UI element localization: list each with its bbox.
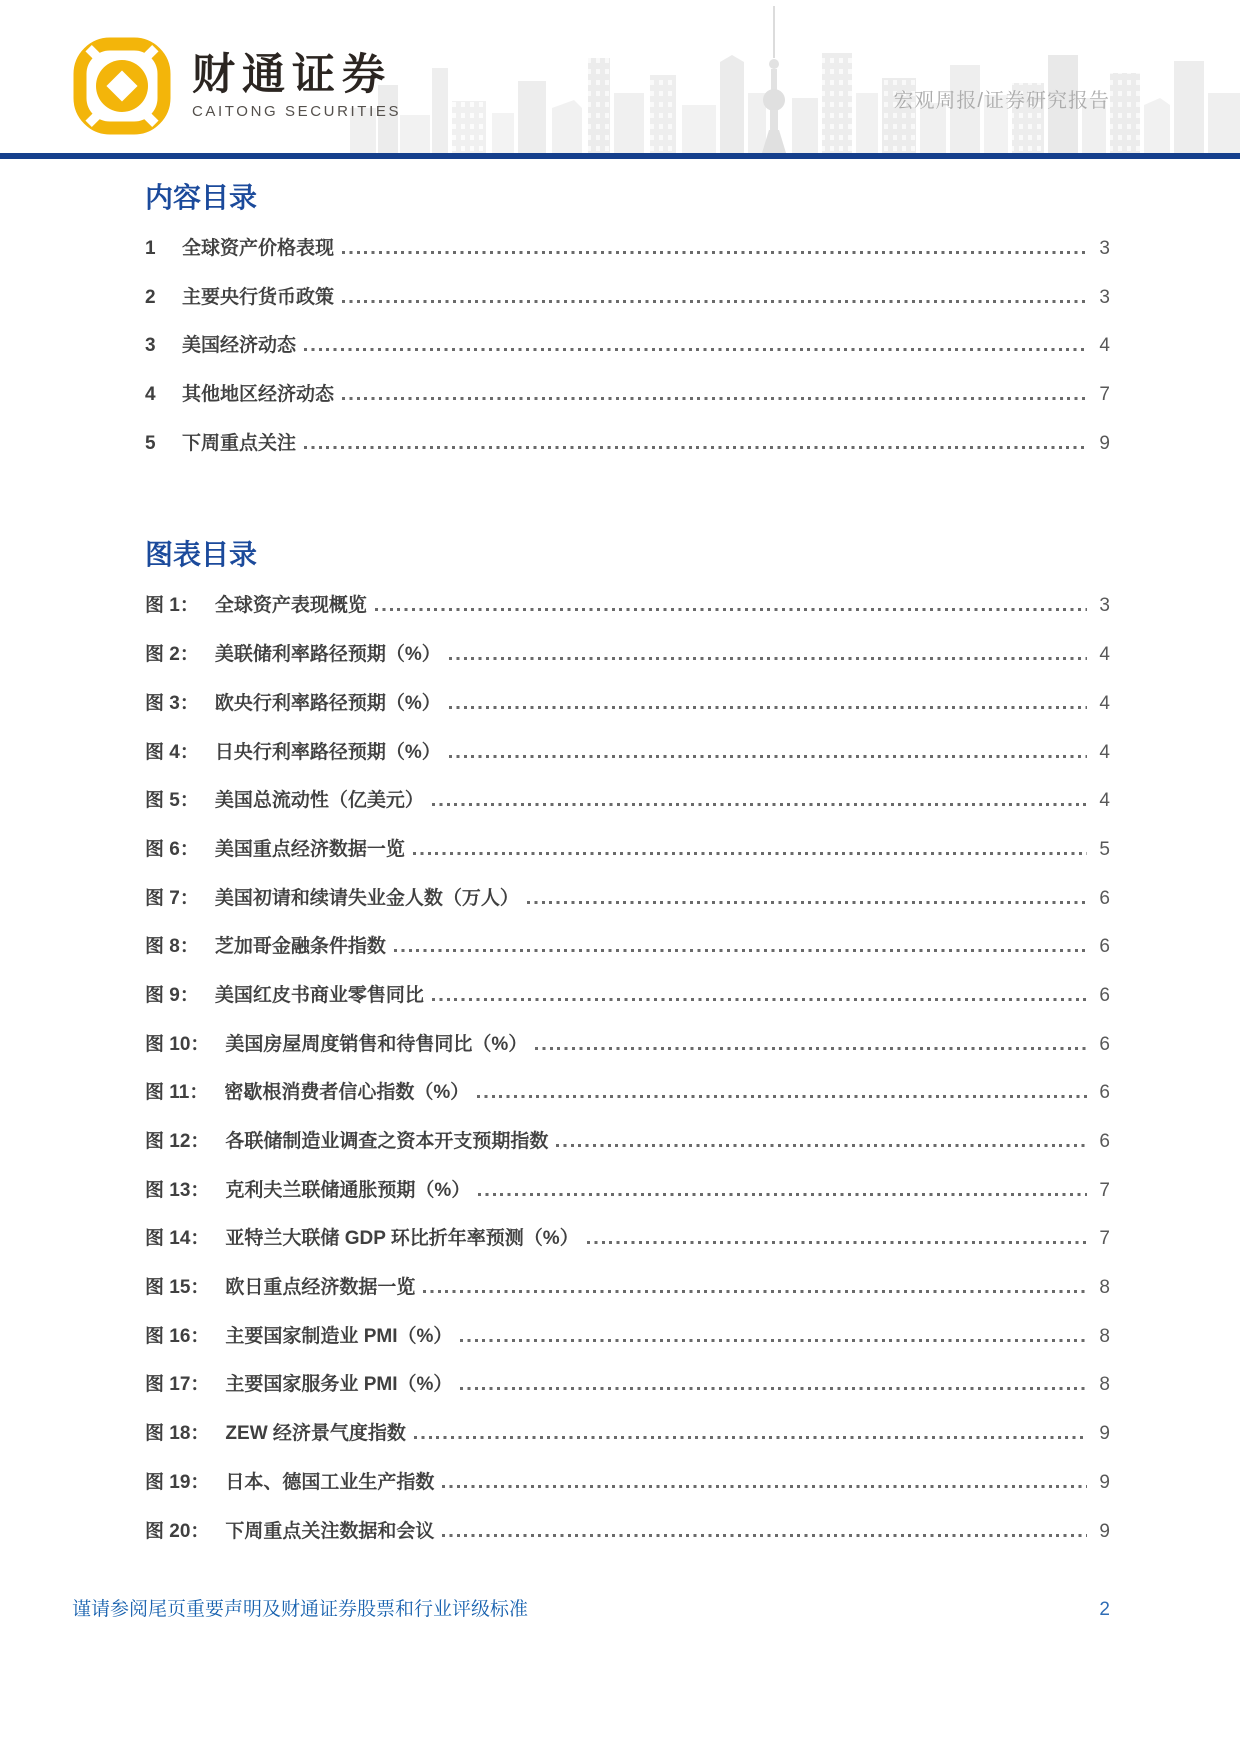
company-logo: 财通证券 CAITONG SECURITIES [72,36,401,136]
figure-entry[interactable]: 图 7： 美国初请和续请失业金人数（万人） 6 [145,875,1110,924]
figure-entry-page: 6 [1094,923,1110,972]
figure-entry-page: 4 [1094,729,1110,778]
figure-entry-page: 4 [1094,631,1110,680]
figure-entry-page: 4 [1094,680,1110,729]
figure-entry-label: 图 19： [145,1459,209,1508]
dotted-leader [442,1534,1087,1537]
figure-entry-label: 图 11： [145,1069,208,1118]
figure-entry-title: ZEW 经济景气度指数 [225,1410,406,1459]
dotted-leader [413,852,1087,855]
toc-entry-page: 7 [1094,371,1110,420]
figure-entry-title: 欧日重点经济数据一览 [225,1264,415,1313]
figure-entry[interactable]: 图 9： 美国红皮书商业零售同比 6 [145,972,1110,1021]
dotted-leader [342,251,1087,254]
figure-entry-page: 6 [1094,1118,1110,1167]
figure-entry-title: 美国总流动性（亿美元） [215,777,424,826]
dotted-leader [442,1485,1087,1488]
figure-entry-title: 日央行利率路径预期（%） [215,729,441,778]
figure-entry[interactable]: 图 12： 各联储制造业调查之资本开支预期指数 6 [145,1118,1110,1167]
figure-entry-label: 图 10： [145,1021,209,1070]
figure-entry[interactable]: 图 4： 日央行利率路径预期（%） 4 [145,729,1110,778]
figure-entry-label: 图 4： [145,729,199,778]
figure-entry-title: 全球资产表现概览 [215,582,367,631]
figure-entry-page: 9 [1094,1508,1110,1557]
dotted-leader [432,803,1087,806]
figure-entry-label: 图 2： [145,631,199,680]
dotted-leader [527,901,1087,904]
report-type-label: 宏观周报/证券研究报告 [893,84,1110,113]
dotted-leader [432,998,1087,1001]
figure-entry-label: 图 17： [145,1361,209,1410]
figure-entry-page: 6 [1094,875,1110,924]
figure-entry-title: 下周重点关注数据和会议 [225,1508,434,1557]
figure-entry-label: 图 1： [145,582,199,631]
dotted-leader [477,1095,1087,1098]
dotted-leader [460,1339,1087,1342]
figures-section-title: 图表目录 [145,540,1110,570]
figure-entry-page: 5 [1094,826,1110,875]
figure-entry[interactable]: 图 8： 芝加哥金融条件指数 6 [145,923,1110,972]
figure-entry-page: 8 [1094,1264,1110,1313]
figure-entry-title: 主要国家服务业 PMI（%） [225,1361,452,1410]
figure-entry-label: 图 8： [145,923,199,972]
figure-entry-title: 美国红皮书商业零售同比 [215,972,424,1021]
figure-entry[interactable]: 图 15： 欧日重点经济数据一览 8 [145,1264,1110,1313]
figure-entry-page: 7 [1094,1167,1110,1216]
figure-entry-page: 8 [1094,1361,1110,1410]
figure-entry[interactable]: 图 13： 克利夫兰联储通胀预期（%） 7 [145,1167,1110,1216]
coin-logo-icon [72,36,172,136]
toc-entry-number: 1 [145,225,182,274]
toc-list: 1 全球资产价格表现 3 2 主要央行货币政策 3 3 美国经济动态 4 4 其… [145,225,1110,468]
toc-entry[interactable]: 2 主要央行货币政策 3 [145,274,1110,323]
figure-entry[interactable]: 图 16： 主要国家制造业 PMI（%） 8 [145,1313,1110,1362]
toc-entry-number: 2 [145,274,182,323]
figure-entry-label: 图 6： [145,826,199,875]
figure-entry[interactable]: 图 19： 日本、德国工业生产指数 9 [145,1459,1110,1508]
figure-entry-label: 图 5： [145,777,199,826]
dotted-leader [375,608,1087,611]
toc-entry-number: 3 [145,322,182,371]
toc-entry-page: 9 [1094,420,1110,469]
dotted-leader [449,755,1087,758]
figure-entry[interactable]: 图 5： 美国总流动性（亿美元） 4 [145,777,1110,826]
figure-entry[interactable]: 图 20： 下周重点关注数据和会议 9 [145,1508,1110,1557]
page-footer: 谨请参阅尾页重要声明及财通证券股票和行业评级标准 2 [72,1594,1110,1621]
figure-entry-title: 芝加哥金融条件指数 [215,923,386,972]
figure-entry-title: 美国初请和续请失业金人数（万人） [215,875,519,924]
figure-entry-title: 密歇根消费者信心指数（%） [224,1069,469,1118]
figure-entry-title: 美国重点经济数据一览 [215,826,405,875]
toc-entry[interactable]: 4 其他地区经济动态 7 [145,371,1110,420]
dotted-leader [587,1241,1087,1244]
dotted-leader [449,657,1087,660]
dotted-leader [394,949,1087,952]
figure-entry-label: 图 18： [145,1410,209,1459]
figure-entry-page: 3 [1094,582,1110,631]
dotted-leader [304,446,1087,449]
toc-entry-title: 其他地区经济动态 [182,371,334,420]
figure-entry-label: 图 7： [145,875,199,924]
figure-entry-label: 图 15： [145,1264,209,1313]
figure-entry-label: 图 20： [145,1508,209,1557]
dotted-leader [449,706,1087,709]
footer-page-number: 2 [1099,1599,1110,1621]
figure-entry-label: 图 12： [145,1118,209,1167]
dotted-leader [414,1436,1087,1439]
figure-entry[interactable]: 图 17： 主要国家服务业 PMI（%） 8 [145,1361,1110,1410]
figure-entry-page: 4 [1094,777,1110,826]
dotted-leader [342,397,1087,400]
figure-entry[interactable]: 图 11： 密歇根消费者信心指数（%） 6 [145,1069,1110,1118]
figure-entry[interactable]: 图 14： 亚特兰大联储 GDP 环比折年率预测（%） 7 [145,1215,1110,1264]
figure-entry-page: 6 [1094,1069,1110,1118]
footer-disclaimer: 谨请参阅尾页重要声明及财通证券股票和行业评级标准 [72,1594,528,1621]
toc-entry-page: 3 [1094,225,1110,274]
figure-entry-title: 亚特兰大联储 GDP 环比折年率预测（%） [225,1215,578,1264]
toc-entry-title: 下周重点关注 [182,420,296,469]
toc-entry-title: 美国经济动态 [182,322,296,371]
figure-entry[interactable]: 图 18： ZEW 经济景气度指数 9 [145,1410,1110,1459]
page-header: 财通证券 CAITONG SECURITIES 宏观周报/证券研究报告 [0,0,1240,153]
figure-entry-label: 图 14： [145,1215,209,1264]
figure-entry-title: 主要国家制造业 PMI（%） [225,1313,452,1362]
toc-entry-title: 主要央行货币政策 [182,274,334,323]
toc-entry[interactable]: 5 下周重点关注 9 [145,420,1110,469]
figure-entry-title: 日本、德国工业生产指数 [225,1459,434,1508]
figure-entry[interactable]: 图 1： 全球资产表现概览 3 [145,582,1110,631]
dotted-leader [423,1290,1087,1293]
figure-list: 图 1： 全球资产表现概览 3 图 2： 美联储利率路径预期（%） 4 图 3：… [145,582,1110,1556]
figure-entry-label: 图 16： [145,1313,209,1362]
figure-entry-page: 8 [1094,1313,1110,1362]
toc-content: 内容目录 1 全球资产价格表现 3 2 主要央行货币政策 3 3 美国经济动态 … [145,183,1110,1556]
figure-entry[interactable]: 图 2： 美联储利率路径预期（%） 4 [145,631,1110,680]
figure-entry[interactable]: 图 3： 欧央行利率路径预期（%） 4 [145,680,1110,729]
toc-section-title: 内容目录 [145,183,1110,213]
toc-entry-number: 4 [145,371,182,420]
logo-english-name: CAITONG SECURITIES [192,103,401,120]
figure-entry[interactable]: 图 6： 美国重点经济数据一览 5 [145,826,1110,875]
toc-entry[interactable]: 1 全球资产价格表现 3 [145,225,1110,274]
dotted-leader [460,1387,1087,1390]
figure-entry-page: 7 [1094,1215,1110,1264]
dotted-leader [556,1144,1087,1147]
toc-entry-number: 5 [145,420,182,469]
figure-entry-title: 各联储制造业调查之资本开支预期指数 [225,1118,548,1167]
toc-entry-page: 4 [1094,322,1110,371]
figure-entry-label: 图 9： [145,972,199,1021]
figure-entry-title: 美联储利率路径预期（%） [215,631,441,680]
dotted-leader [342,300,1087,303]
logo-text: 财通证券 CAITONG SECURITIES [192,52,401,119]
figure-entry-page: 9 [1094,1459,1110,1508]
figure-entry-title: 欧央行利率路径预期（%） [215,680,441,729]
dotted-leader [478,1193,1087,1196]
figure-entry-label: 图 13： [145,1167,209,1216]
report-page: 财通证券 CAITONG SECURITIES 宏观周报/证券研究报告 内容目录… [0,0,1240,1754]
dotted-leader [535,1047,1087,1050]
figure-entry-title: 美国房屋周度销售和待售同比（%） [225,1021,527,1070]
figure-entry-page: 9 [1094,1410,1110,1459]
figure-entry-page: 6 [1094,1021,1110,1070]
figure-entry-page: 6 [1094,972,1110,1021]
figure-entry-title: 克利夫兰联储通胀预期（%） [225,1167,470,1216]
figure-entry-label: 图 3： [145,680,199,729]
toc-entry[interactable]: 3 美国经济动态 4 [145,322,1110,371]
toc-entry-page: 3 [1094,274,1110,323]
toc-entry-title: 全球资产价格表现 [182,225,334,274]
logo-chinese-name: 财通证券 [192,52,401,99]
header-divider-line [0,153,1240,159]
figure-entry[interactable]: 图 10： 美国房屋周度销售和待售同比（%） 6 [145,1021,1110,1070]
dotted-leader [304,348,1087,351]
